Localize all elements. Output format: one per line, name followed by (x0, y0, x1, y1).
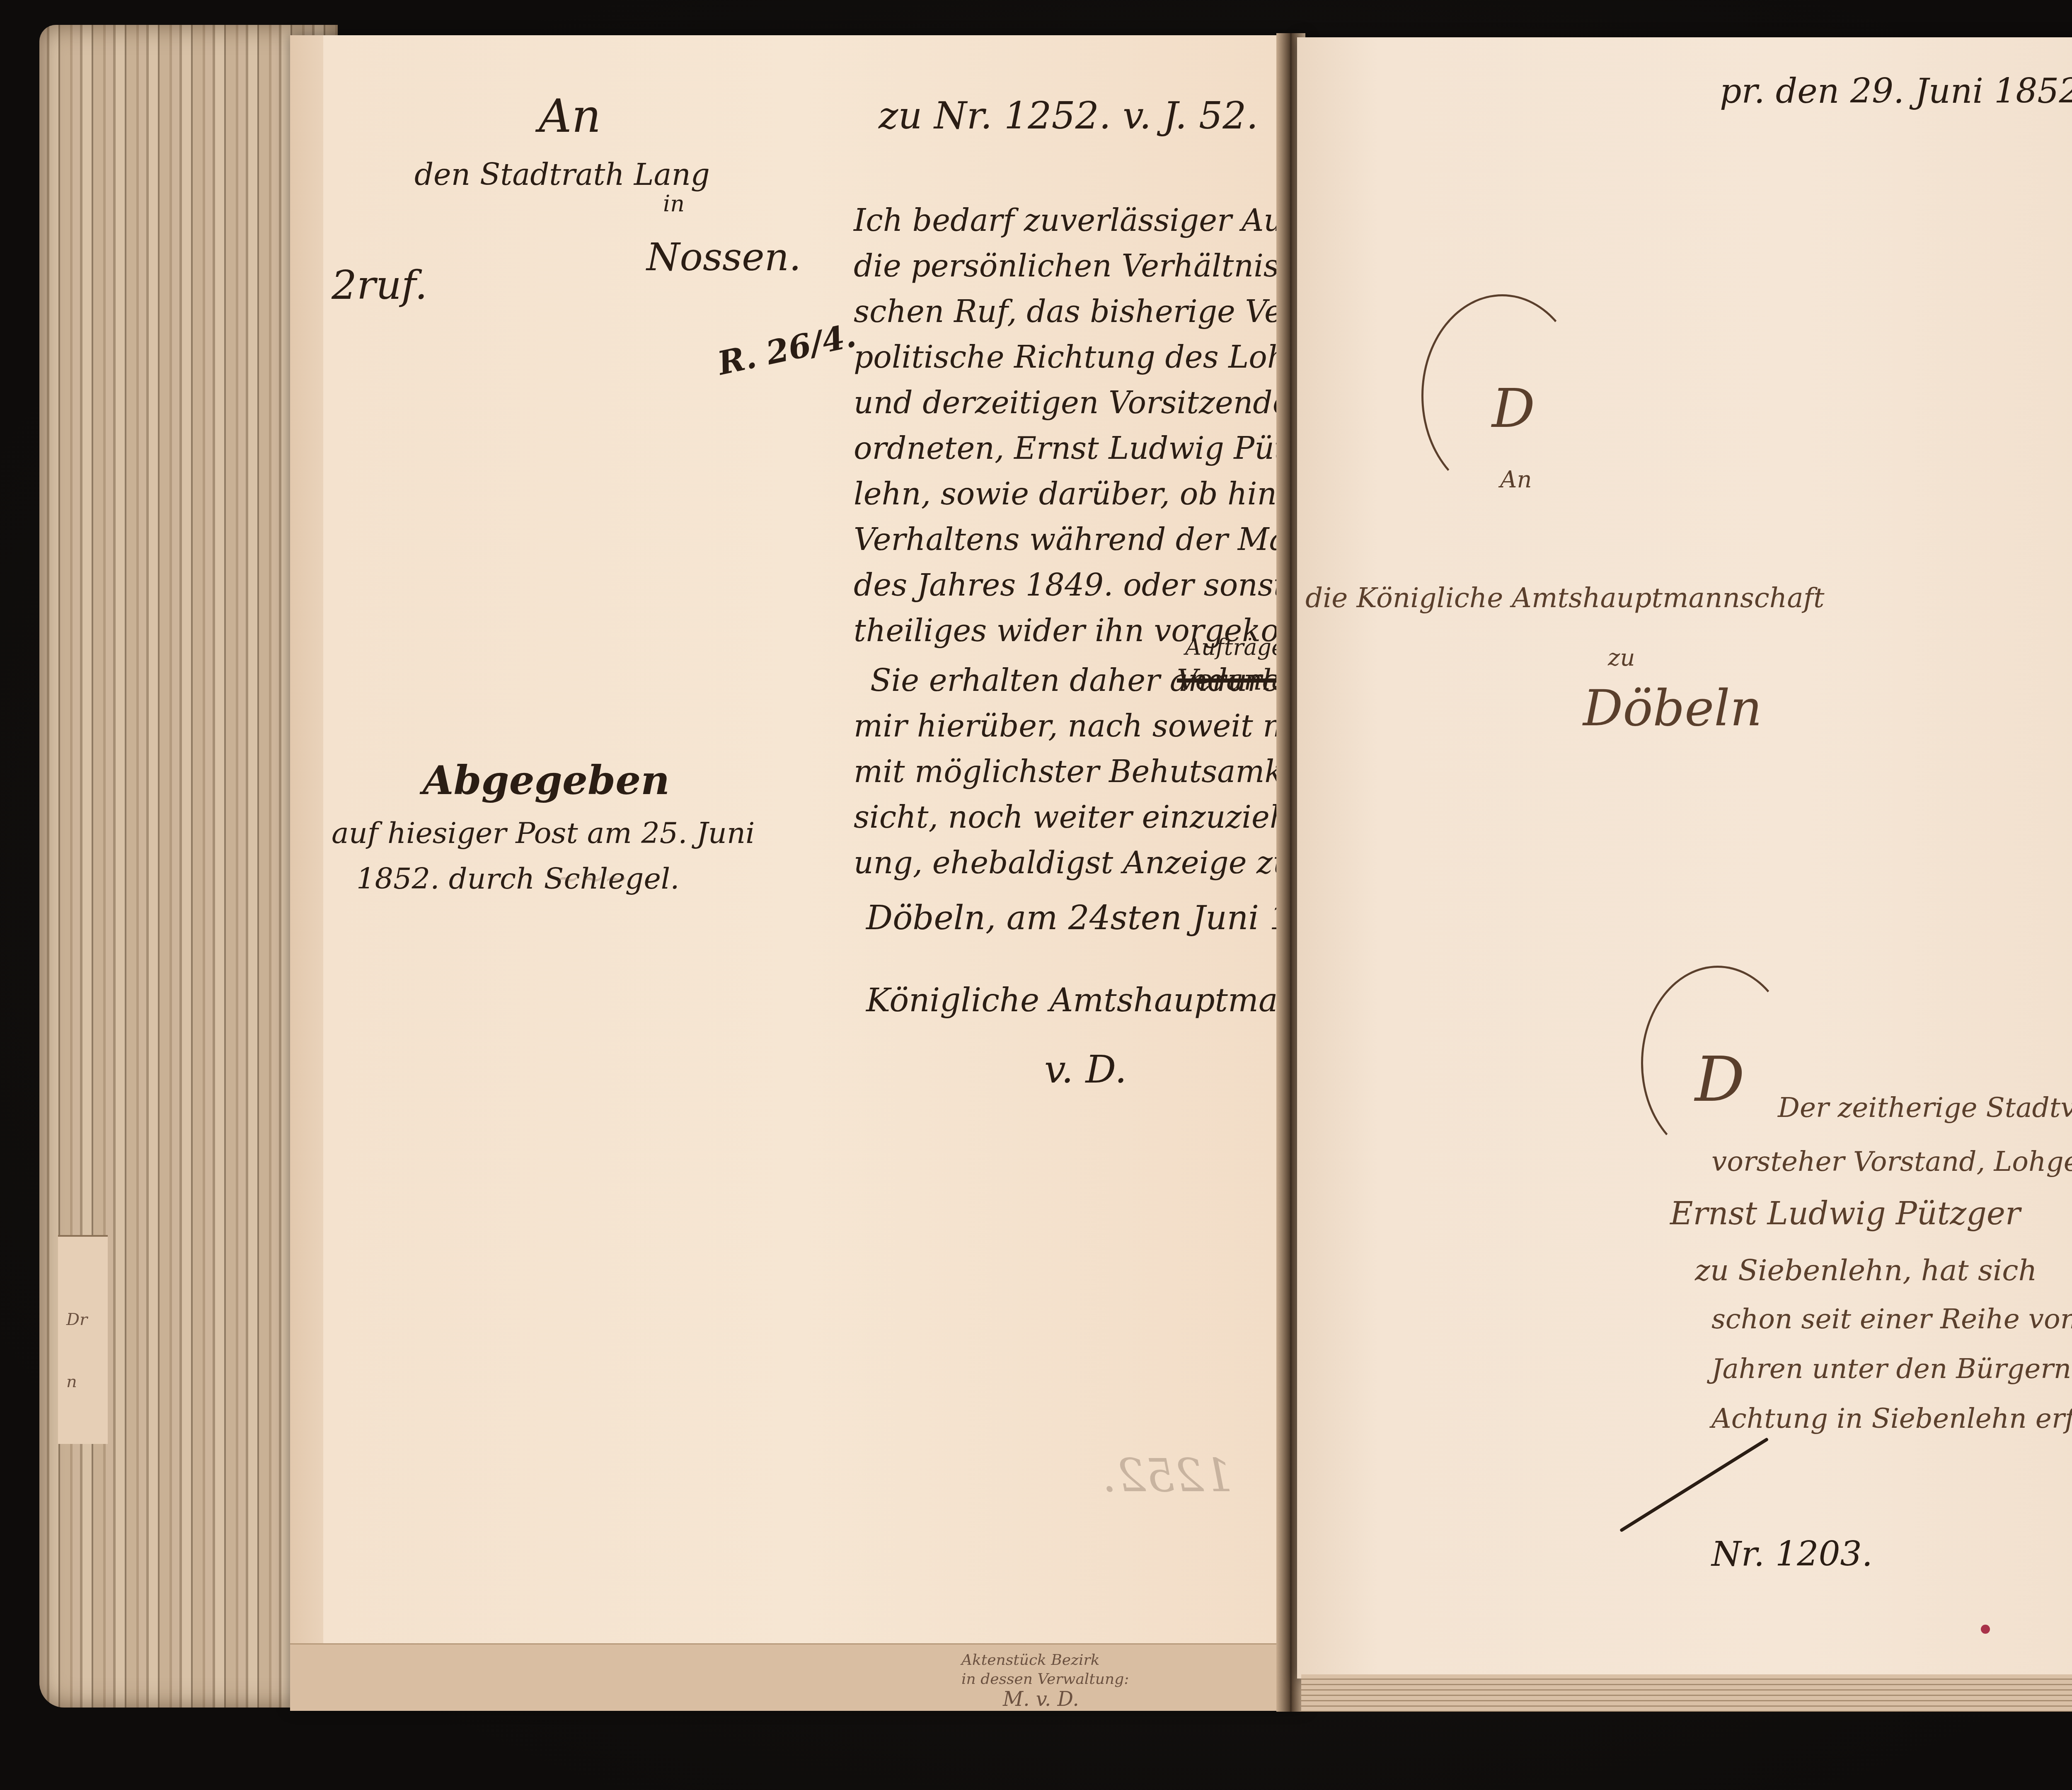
place: Nossen. (646, 238, 801, 276)
body-line: zu Siebenlehn, hat sich (1695, 1256, 2037, 1285)
left-page-leaf: An den Stadtrath Lang in Nossen. 2ruf. R… (323, 35, 1278, 1643)
registry-mark: 2ruf. (332, 265, 427, 305)
left-page: An den Stadtrath Lang in Nossen. 2ruf. R… (290, 35, 1305, 1710)
scrap-text-1: Dr (66, 1311, 87, 1328)
dash-flourish-icon (1619, 1437, 1769, 1532)
date-mark: R. 26/4. (715, 320, 859, 380)
place-prefix: in (663, 193, 685, 215)
right-page: pr. den 29. Juni 1852. 192 D An die Köni… (1297, 37, 2072, 1679)
inserted-word: Aufträge (1185, 636, 1285, 659)
bleedthrough-number: 1252. (1102, 1453, 1233, 1498)
bottom-note-line-1: Aktenstück Bezirk (961, 1653, 1100, 1668)
bleedthrough-signature: ~~~ (555, 864, 628, 893)
document-number: Nr. 1203. (1711, 1538, 1873, 1572)
dispatch-line-2: auf hiesiger Post am 25. Juni (332, 819, 755, 848)
body-line: schon seit einer Reihe von (1711, 1306, 2072, 1333)
address-place-prefix: zu (1608, 647, 1635, 670)
address-recipient: die Königliche Amtshauptmannschaft (1305, 584, 1825, 612)
right-page-stack-bottom (1301, 1674, 2072, 1712)
loose-scrap: Dr n (58, 1235, 108, 1444)
received-date: pr. den 29. Juni 1852. (1720, 75, 2072, 109)
initials: v. D. (1044, 1051, 1127, 1089)
dispatch-line-3: 1852. durch Schlegel. (356, 864, 679, 893)
body-line: Der zeitherige Stadtverordneten- (1778, 1094, 2072, 1121)
bottom-note-line-2: in dessen Verwaltung: (961, 1672, 1129, 1687)
address-initial: D (1492, 381, 1535, 435)
reference-number: zu Nr. 1252. v. J. 52. (879, 97, 1258, 135)
scrap-text-2: n (66, 1373, 77, 1390)
bottom-note-line-3: M. v. D. (1003, 1689, 1079, 1709)
address-to: An (1500, 468, 1532, 492)
body-initial: D (1695, 1049, 1745, 1111)
dispatch-line-1: Abgegeben (423, 761, 670, 800)
recipient: den Stadtrath Lang (414, 160, 710, 189)
body-line: Jahren unter den Bürgern (1711, 1355, 2071, 1383)
address-place: Döbeln (1583, 684, 1762, 734)
body-line: vorsteher Vorstand, Lohgerbermeister (1711, 1148, 2072, 1175)
red-ink-mark (1981, 1625, 1990, 1634)
body-line: Ernst Ludwig Pützger (1670, 1198, 2020, 1229)
greeting: An (539, 93, 601, 139)
body-line: Achtung in Siebenlehn erfreu- (1711, 1405, 2072, 1432)
left-page-bottom-leaf: Aktenstück Bezirk in dessen Verwaltung: … (290, 1643, 1305, 1711)
